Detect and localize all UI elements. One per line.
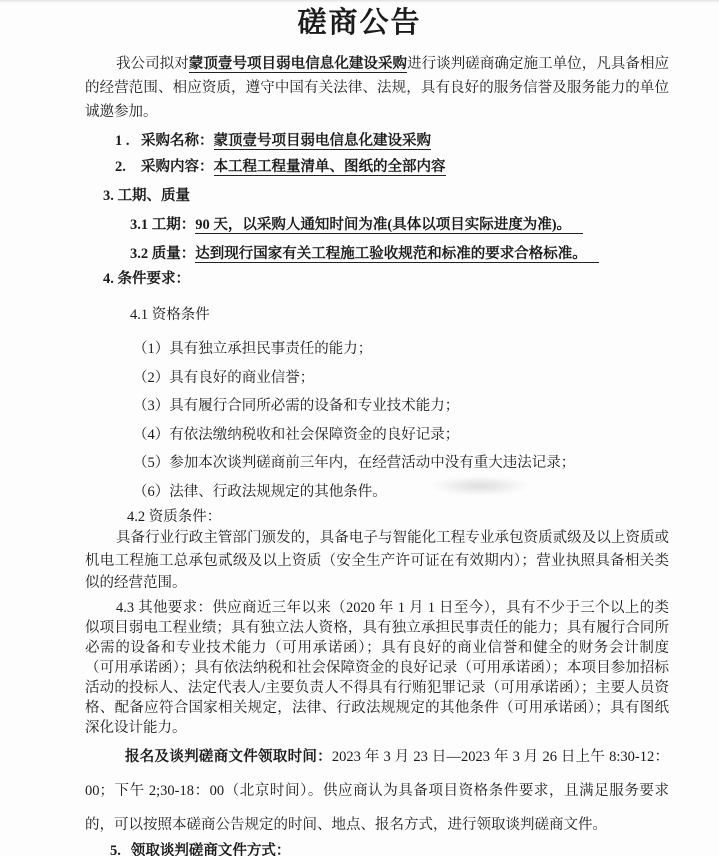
item32-label: 质量： [152, 246, 196, 262]
intro-prefix: 我公司拟对 [116, 56, 189, 72]
section3-label: 工期、质量 [118, 188, 191, 204]
item1-label: 采购名称： [141, 133, 214, 149]
item-purchase-content: 2.采购内容：本工程工程量清单、图纸的全部内容 [115, 154, 669, 180]
scan-edge-artifact [0, 0, 719, 3]
section5-label: 领取谈判磋商文件方式： [131, 843, 291, 856]
section4-number: 4. [103, 271, 114, 287]
section-pickup-method: 5.领取谈判磋商文件方式： [110, 842, 669, 856]
item1-number: 1 . [115, 128, 141, 154]
pickup-time-label: 报名及谈判磋商文件领取时间： [125, 749, 332, 765]
qualification-condition-list: （1）具有独立承担民事责任的能力； （2）具有良好的商业信誉； （3）具有履行合… [85, 335, 669, 506]
condition-item-1: （1）具有独立承担民事责任的能力； [133, 335, 669, 364]
section5-number: 5. [110, 843, 121, 856]
section4-label: 条件要求： [118, 271, 191, 287]
condition-item-3: （3）具有履行合同所必需的设备和专业技术能力； [133, 392, 669, 421]
page-title: 磋商公告 [0, 6, 719, 40]
subsection-other-requirements: 4.3 其他要求：供应商近三年以来（2020 年 1 月 1 日至今），具有不少… [85, 598, 669, 738]
item32-value: 达到现行国家有关工程施工验收规范和标准的要求合格标准。 [195, 246, 599, 263]
sub41-number: 4.1 [130, 307, 148, 323]
item2-label: 采购内容： [141, 159, 214, 175]
subsection-credential-conditions-body: 具备行业行政主管部门颁发的，具备电子与智能化工程专业承包资质贰级及以上资质或机电… [85, 527, 669, 595]
condition-item-4: （4）有依法缴纳税收和社会保障资金的良好记录； [133, 421, 669, 450]
condition-item-6: （6）法律、行政法规规定的其他条件。 [133, 478, 669, 507]
section-duration-quality: 3. 工期、质量 [103, 187, 669, 206]
subsection-qualification-conditions: 4.1 资格条件 [130, 306, 669, 325]
section-requirements: 4. 条件要求： [103, 270, 669, 289]
item1-value: 蒙顶壹号项目弱电信息化建设采购 [214, 133, 432, 150]
item-quality: 3.2 质量：达到现行国家有关工程施工验收规范和标准的要求合格标准。 [130, 244, 669, 264]
item-purchase-name: 1 .采购名称：蒙顶壹号项目弱电信息化建设采购 [115, 128, 669, 154]
subsection-credential-conditions-heading: 4.2 资质条件： [127, 508, 669, 527]
sub41-label: 资格条件 [152, 307, 210, 323]
item2-number: 2. [115, 154, 141, 180]
intro-project-name: 蒙顶壹号项目弱电信息化建设采购 [189, 56, 407, 73]
item31-value: 90 天，以采购人通知时间为准(具体以项目实际进度为准)。 [195, 217, 583, 234]
document-page: 磋商公告 我公司拟对蒙顶壹号项目弱电信息化建设采购进行谈判磋商确定施工单位，凡具… [0, 0, 719, 856]
item31-label: 工期： [152, 217, 196, 233]
condition-item-5: （5）参加本次谈判磋商前三年内，在经营活动中没有重大违法记录； [133, 449, 669, 478]
item31-number: 3.1 [130, 217, 148, 233]
item32-number: 3.2 [130, 246, 148, 262]
item-duration: 3.1 工期：90 天，以采购人通知时间为准(具体以项目实际进度为准)。 [130, 215, 669, 235]
item2-value: 本工程工程量清单、图纸的全部内容 [214, 159, 446, 176]
condition-item-2: （2）具有良好的商业信誉； [133, 364, 669, 393]
document-pickup-paragraph: 报名及谈判磋商文件领取时间：2023 年 3 月 23 日—2023 年 3 月… [85, 740, 669, 842]
intro-paragraph: 我公司拟对蒙顶壹号项目弱电信息化建设采购进行谈判磋商确定施工单位，凡具备相应的经… [85, 52, 669, 124]
section3-number: 3. [103, 188, 114, 204]
